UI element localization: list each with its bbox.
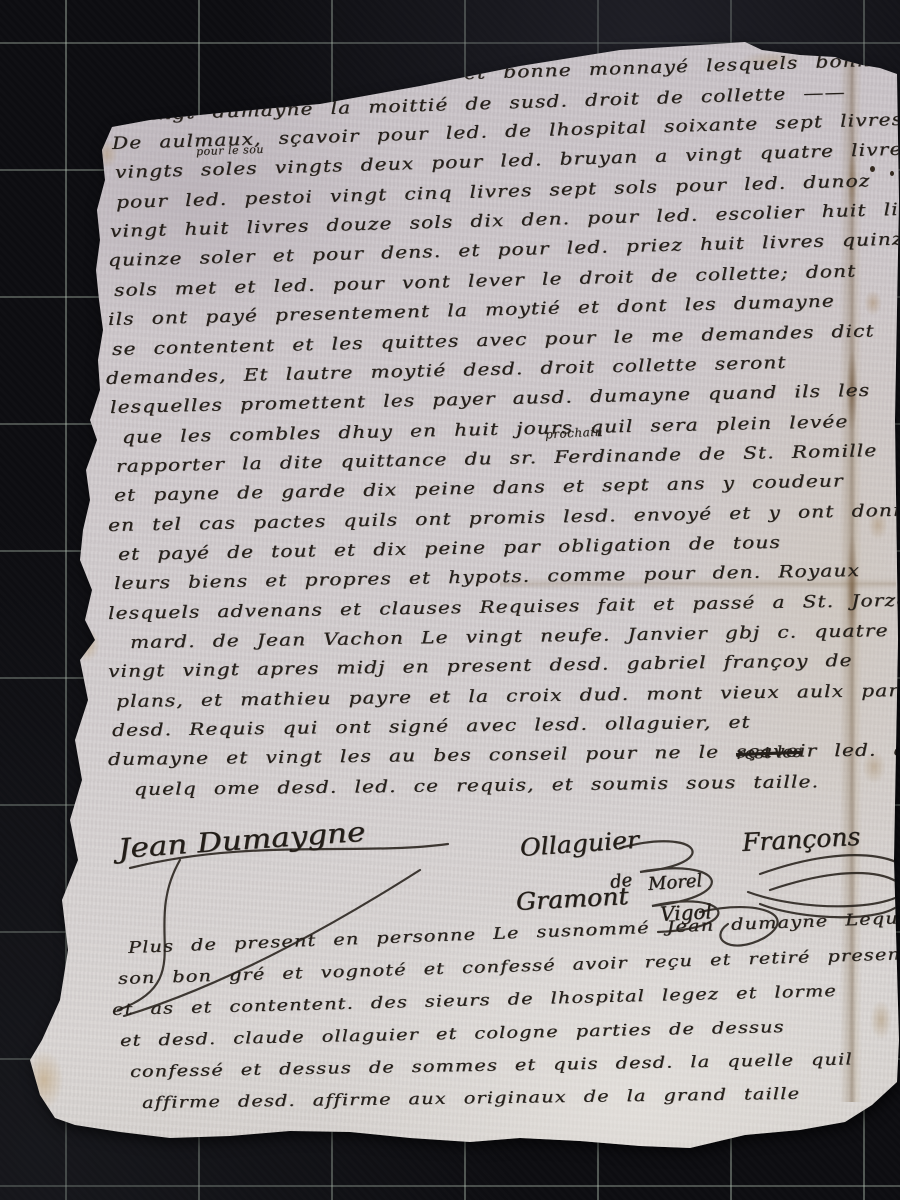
manuscript-line: rapporter la dite quittance du sr. Ferdi… (116, 441, 878, 477)
manuscript-line: et payne de garde dix peine dans et sept… (114, 472, 844, 507)
interline-note: prochain (545, 424, 603, 441)
manuscript-line: plans, et mathieu payre et la croix dud.… (116, 680, 900, 712)
manuscript-line: que les combles dhuy en huit jours quil … (122, 412, 849, 448)
manuscript-text-block: Lesd. de lhospital bruyan pestre dunoz l… (0, 0, 900, 1200)
manuscript-line: lesquels advenans et clauses Requises fa… (108, 590, 900, 623)
manuscript-line: mard. de Jean Vachon Le vingt neufe. Jan… (130, 621, 889, 653)
paper-sheet: Lesd. de lhospital bruyan pestre dunoz l… (0, 0, 900, 1200)
manuscript-line: desd. Requis qui ont signé avec lesd. ol… (112, 713, 751, 741)
manuscript-line: lesquelles promettent les payer ausd. du… (110, 381, 871, 418)
struck-out-text: rest les (736, 742, 802, 763)
interline-note: pour le sou (196, 143, 264, 158)
manuscript-line: demandes, Et lautre moytié desd. droit c… (106, 353, 787, 389)
photograph-canvas: { "scene": { "type": "photograph of a 17… (0, 0, 900, 1200)
manuscript-line: quelq ome desd. led. ce requis, et soumi… (134, 772, 819, 800)
manuscript-line: et payé de tout et dix peine par obligat… (118, 533, 781, 565)
manuscript-line: en tel cas pactes quils ont promis lesd.… (108, 500, 900, 536)
manuscript-line: vingt vingt apres midj en present desd. … (108, 651, 853, 682)
manuscript-paper: Lesd. de lhospital bruyan pestre dunoz l… (0, 0, 900, 1200)
manuscript-line: leurs biens et propres et hypots. comme … (114, 561, 860, 594)
addendum-line: confessé et dessus de sommes et quis des… (130, 1049, 853, 1081)
addendum-line: affirme desd. affirme aux originaux de l… (142, 1084, 800, 1112)
